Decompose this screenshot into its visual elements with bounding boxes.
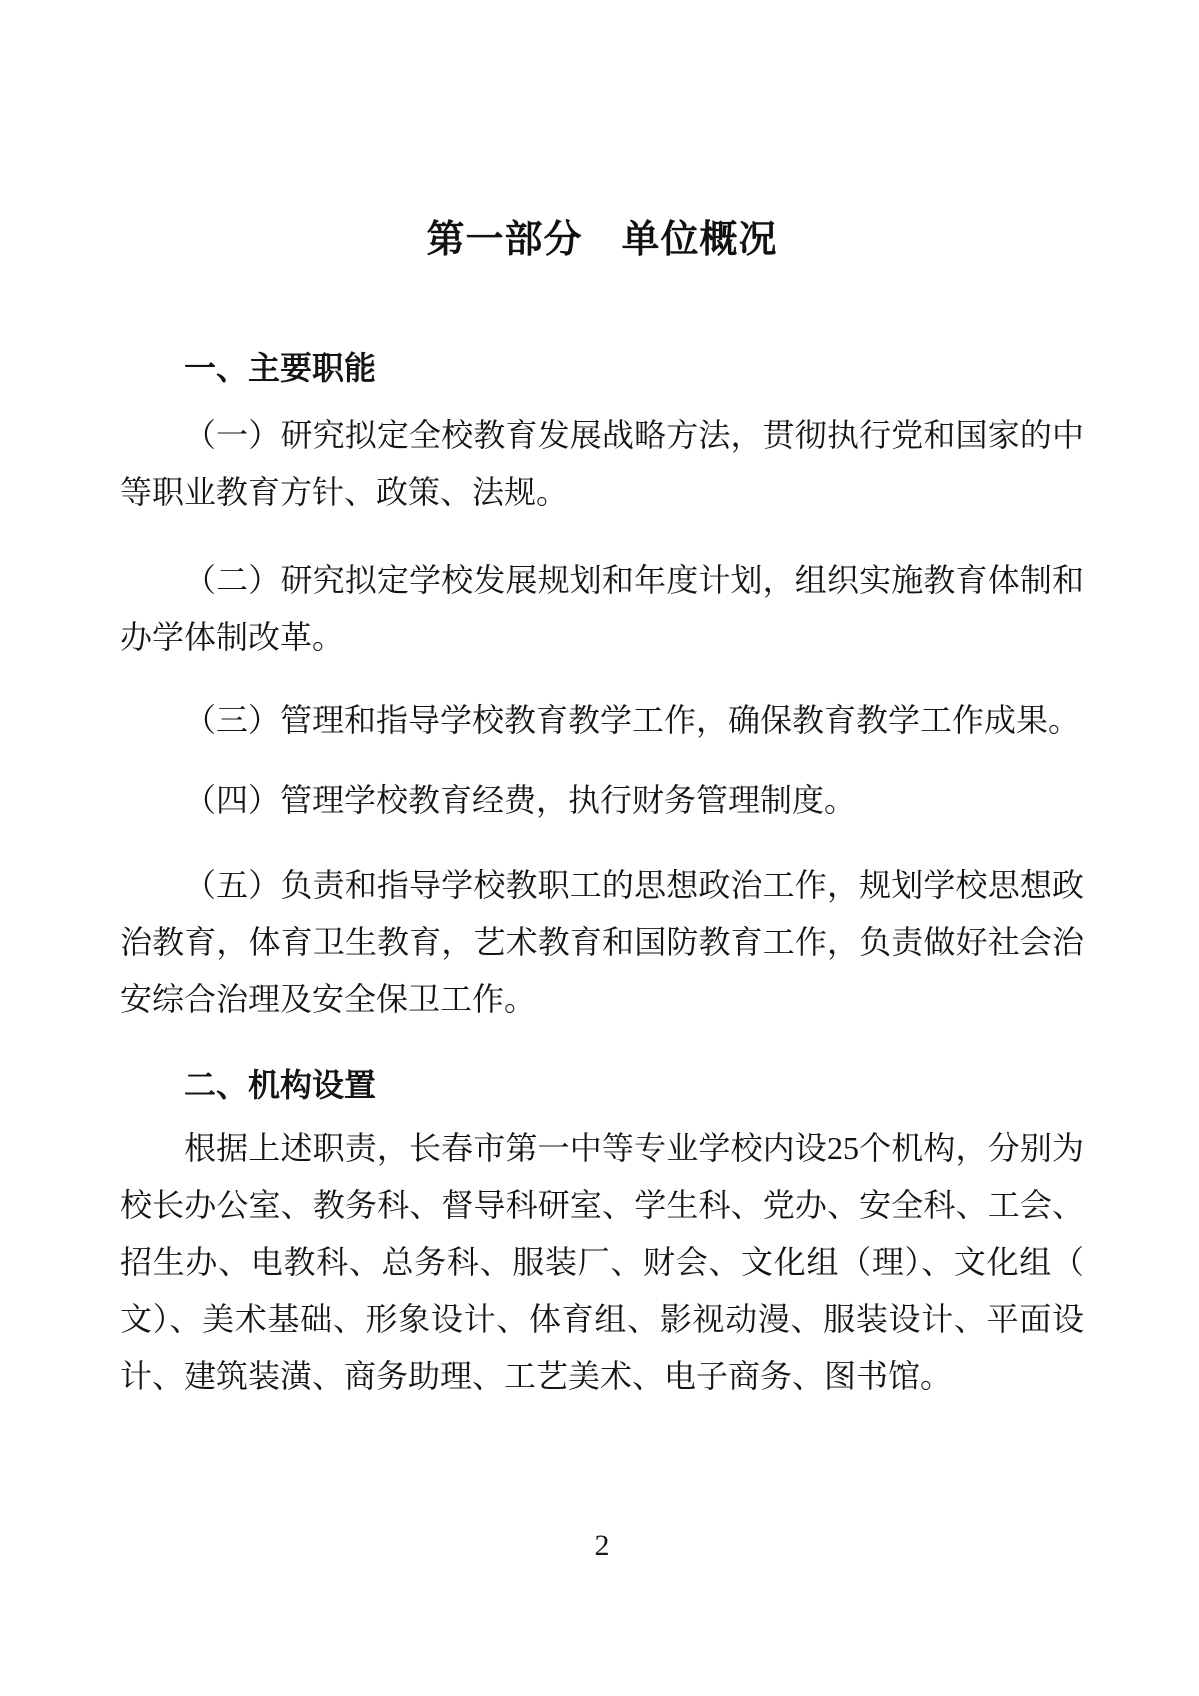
paragraph-function-1: （一）研究拟定全校教育发展战略方法，贯彻执行党和国家的中等职业教育方针、政策、法… <box>120 407 1084 521</box>
paragraph-function-4: （四）管理学校教育经费，执行财务管理制度。 <box>120 772 1084 829</box>
paragraph-function-2: （二）研究拟定学校发展规划和年度计划，组织实施教育体制和办学体制改革。 <box>120 552 1084 666</box>
paragraph-function-3: （三）管理和指导学校教育教学工作，确保教育教学工作成果。 <box>120 692 1084 749</box>
paragraph-function-5: （五）负责和指导学校教职工的思想政治工作，规划学校思想政治教育，体育卫生教育，艺… <box>120 857 1084 1028</box>
document-title: 第一部分 单位概况 <box>120 216 1084 264</box>
document-page: 第一部分 单位概况 一、主要职能 （一）研究拟定全校教育发展战略方法，贯彻执行党… <box>0 0 1199 1696</box>
section-heading-main-functions: 一、主要职能 <box>120 340 1084 397</box>
paragraph-organization-list: 根据上述职责，长春市第一中等专业学校内设25个机构，分别为校长办公室、教务科、督… <box>120 1120 1084 1405</box>
page-number: 2 <box>120 1528 1084 1564</box>
section-heading-organization: 二、机构设置 <box>120 1057 1084 1114</box>
